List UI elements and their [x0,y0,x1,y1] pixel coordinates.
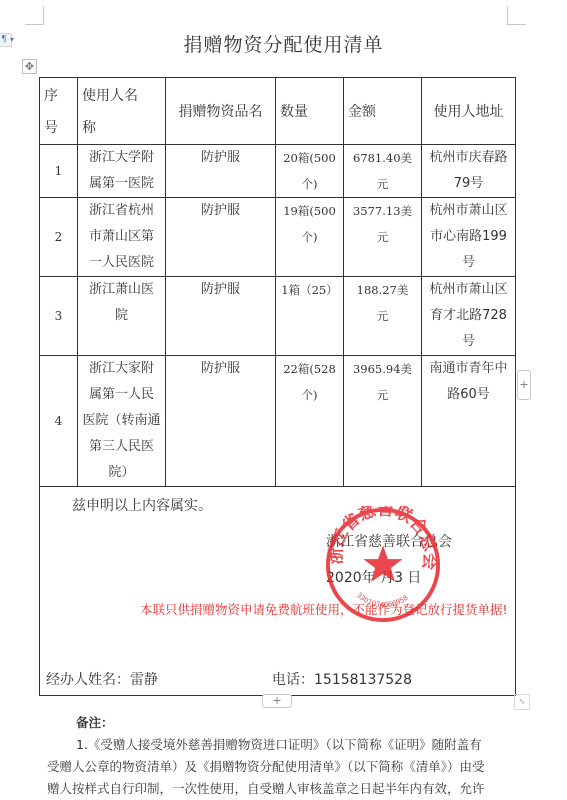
cell-user-name: 浙江萧山医院 [78,277,166,356]
phone-field: 电话：15158137528 [272,667,412,693]
cell-address: 杭州市萧山区育才北路728号 [422,277,516,356]
cell-item-name: 防护服 [166,277,276,356]
declaration-text: 兹申明以上内容属实。 [72,493,212,519]
cell-address: 南通市青年中路60号 [422,356,516,487]
header-seq: 序号 [40,78,78,145]
cell-quantity: 22箱(528个) [276,356,344,487]
table-resize-handle[interactable]: ⤡ [514,694,530,710]
cell-item-name: 防护服 [166,145,276,198]
handler-field: 经办人姓名：雷静 [46,667,158,693]
notes-line: 赠人按样式自行印制，一次性使用，自受赠人审核盖章之日起半年内有效，允许 [47,778,517,800]
notes-heading: 备注： [47,712,517,734]
cell-seq: 4 [40,356,78,487]
header-address: 使用人地址 [422,78,516,145]
table-row: 3 浙江萧山医院 防护服 1箱（25） 188.27美元 杭州市萧山区育才北路7… [40,277,516,356]
table-footer-row: 兹申明以上内容属实。 浙江省慈善联合总会 2020年 月3 日 本联只供捐赠物资… [40,487,516,696]
cell-quantity: 1箱（25） [276,277,344,356]
cell-seq: 1 [40,145,78,198]
page-corner-top-left [25,6,44,25]
table-move-handle[interactable]: ✥ [22,59,37,74]
table-row: 1 浙江大学附属第一医院 防护服 20箱(500个) 6781.40美元 杭州市… [40,145,516,198]
cell-item-name: 防护服 [166,356,276,487]
header-user-name: 使用人名称 [78,78,166,145]
cell-quantity: 19箱(500个) [276,198,344,277]
official-seal-stamp: 浙江省慈善联合总会 3301034066958 [324,506,442,624]
cell-user-name: 浙江大家附属第一人民医院（转南通第三人民医院） [78,356,166,487]
notes-line: 1.《受赠人接受境外慈善捐赠物资进口证明》（以下简称《证明》随附盖有 [47,734,517,756]
table-header-row: 序号 使用人名称 捐赠物资品名 数量 金额 使用人地址 [40,78,516,145]
cell-user-name: 浙江省杭州市萧山区第一人民医院 [78,198,166,277]
table-row: 2 浙江省杭州市萧山区第一人民医院 防护服 19箱(500个) 3577.13美… [40,198,516,277]
add-column-button[interactable]: + [262,694,292,708]
cell-amount: 6781.40美元 [344,145,422,198]
header-quantity: 数量 [276,78,344,145]
page-corner-top-right [507,6,526,25]
cell-address: 杭州市庆春路79号 [422,145,516,198]
cell-quantity: 20箱(500个) [276,145,344,198]
cell-seq: 3 [40,277,78,356]
cell-amount: 3577.13美元 [344,198,422,277]
notes-line: 受赠人公章的物资清单）及《捐赠物资分配使用清单》（以下简称《清单》）由受 [47,756,517,778]
notes-section: 备注： 1.《受赠人接受境外慈善捐赠物资进口证明》（以下简称《证明》随附盖有 受… [47,712,517,800]
header-amount: 金额 [344,78,422,145]
document-title: 捐赠物资分配使用清单 [0,30,567,57]
distribution-table: 序号 使用人名称 捐赠物资品名 数量 金额 使用人地址 1 浙江大学附属第一医院… [39,77,516,696]
cell-amount: 188.27美元 [344,277,422,356]
svg-text:3301034066958: 3301034066958 [355,591,410,609]
cell-seq: 2 [40,198,78,277]
cell-user-name: 浙江大学附属第一医院 [78,145,166,198]
declaration-cell: 兹申明以上内容属实。 浙江省慈善联合总会 2020年 月3 日 本联只供捐赠物资… [40,487,516,696]
cell-amount: 3965.94美元 [344,356,422,487]
seal-star-icon [363,545,402,581]
table-row: 4 浙江大家附属第一人民医院（转南通第三人民医院） 防护服 22箱(528个) … [40,356,516,487]
cell-item-name: 防护服 [166,198,276,277]
header-item-name: 捐赠物资品名 [166,78,276,145]
add-row-button[interactable]: + [517,370,531,400]
cell-address: 杭州市萧山区市心南路199号 [422,198,516,277]
